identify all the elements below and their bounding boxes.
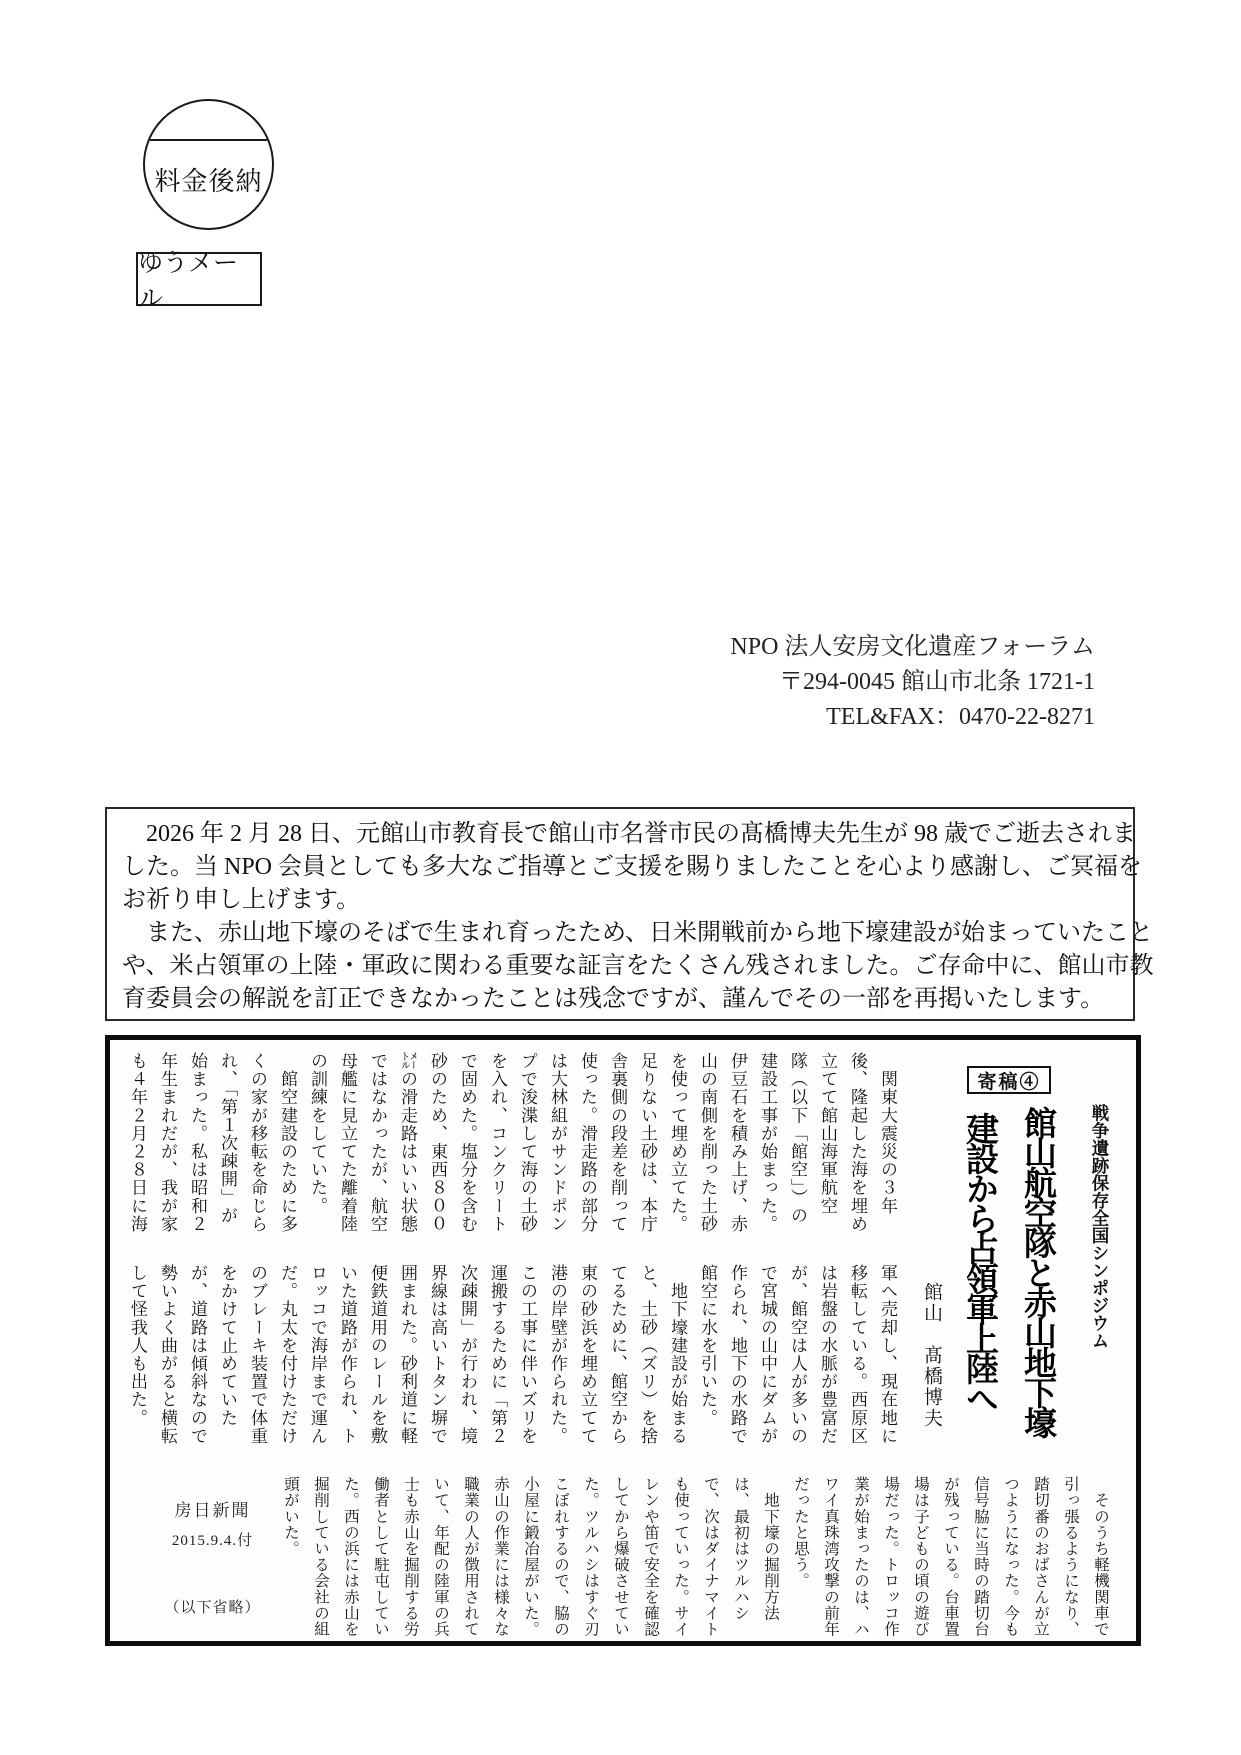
sender-block: NPO 法人安房文化遺産フォーラム 〒294-0045 館山市北条 1721-1… — [730, 630, 1095, 735]
article-column: 移転している。西原区 — [842, 1264, 872, 1464]
notice-line: や、米占領軍の上陸・軍政に関わる重要な証言をたくさん残されました。ご存命中に、館… — [122, 950, 1118, 983]
sender-org: NPO 法人安房文化遺産フォーラム — [730, 630, 1095, 665]
article-column: 足りない土砂は、本庁 — [632, 1052, 662, 1252]
article-column: だ。丸太を付けただけ — [272, 1264, 302, 1464]
article-column: して怪我人も出た。 — [122, 1264, 152, 1464]
article-column: だったと思う。 — [785, 1476, 815, 1642]
sender-tel: TEL&FAX：0470-22-8271 — [730, 700, 1095, 735]
symposium-title: 戦争遺跡保存全国シンポジウム — [1083, 1104, 1113, 1354]
notice-line: 2026 年 2 月 28 日、元館山市教育長で館山市名誉市民の髙橋博夫先生が … — [122, 818, 1118, 851]
article-column: の訓練をしていた。 — [302, 1052, 332, 1252]
postage-paid-stamp: 料金後納 — [143, 99, 274, 230]
article-column: が、館空は人が多いの — [782, 1264, 812, 1464]
notice-line: 育委員会の解説を訂正できなかったことは残念ですが、謹んでその一部を再掲いたします… — [122, 983, 1118, 1016]
article-column: 界線は高いトタン塀で — [422, 1264, 452, 1464]
article-column: してから爆破させてい — [605, 1476, 635, 1642]
article-column: この工事に伴いズリを — [512, 1264, 542, 1464]
article-column: 後、隆起した海を埋め — [842, 1052, 872, 1252]
headline-line-1: 館山航空隊と赤山地下壕 — [996, 1106, 1062, 1451]
article-column: プで浚渫して海の土砂 — [512, 1052, 542, 1252]
article-column: 年生まれだが、我が家 — [152, 1052, 182, 1252]
notice-line: した。当 NPO 会員としても多大なご指導とご支援を賜りましたことを心より感謝し… — [122, 851, 1118, 884]
article-column: 頭がいた。 — [275, 1476, 305, 1642]
article-column: 館空に水を引いた。 — [692, 1264, 722, 1464]
stamp-divider-line — [145, 139, 272, 141]
source-block: 房日新聞 2015.9.4.付 （以下省略） — [155, 1496, 270, 1617]
article-column: 隊（以下「館空」）の — [782, 1052, 812, 1252]
notice-line: お祈り申し上げます。 — [122, 884, 1118, 917]
article-column: 引っ張るようになり、 — [1055, 1476, 1085, 1642]
article-column: 便鉄道用のレールを敷 — [362, 1264, 392, 1464]
article-column: 場は子どもの頃の遊び — [905, 1476, 935, 1642]
source-date: 2015.9.4.付 — [155, 1529, 270, 1550]
article-column: た。ツルハシはすぐ刃 — [575, 1476, 605, 1642]
article-body-band-1: 関東大震災の３年後、隆起した海を埋め立てて館山海軍航空隊（以下「館空」）の建設工… — [120, 1052, 902, 1252]
article-column: 働者として駐屯してい — [365, 1476, 395, 1642]
article-column: 運搬するために「第２ — [482, 1264, 512, 1464]
article-column: 使った。滑走路の部分 — [572, 1052, 602, 1252]
article-column: てるために、館空から — [602, 1264, 632, 1464]
article-column: 士も赤山を掘削する労 — [395, 1476, 425, 1642]
article-column: 勢いよく曲がると横転 — [152, 1264, 182, 1464]
article-column: 建設工事が始まった。 — [752, 1052, 782, 1252]
article-column: いて、年配の陸軍の兵 — [425, 1476, 455, 1642]
notice-line: また、赤山地下壕のそばで生まれ育ったため、日米開戦前から地下壕建設が始まっていた… — [122, 917, 1118, 950]
article-column: を入れ、コンクリート — [482, 1052, 512, 1252]
article-column: のブレーキ装置で体重 — [242, 1264, 272, 1464]
article-column: が、道路は傾斜なので — [182, 1264, 212, 1464]
source-newspaper-name: 房日新聞 — [155, 1496, 270, 1521]
article-column: 砂のため、東西８００ — [422, 1052, 452, 1252]
article-column: れ、「第１次疎開」が — [212, 1052, 242, 1252]
article-column: 作られ、地下の水路で — [722, 1264, 752, 1464]
article-column: 館空建設のために多 — [272, 1052, 302, 1252]
article-column: ㍍の滑走路はいい状態 — [392, 1052, 422, 1252]
article-column: 場だった。トロッコ作 — [875, 1476, 905, 1642]
article-column: レンや笛で安全を確認 — [635, 1476, 665, 1642]
headline-line-2: 建設から占領軍上陸へ — [946, 1112, 1004, 1437]
article-column: 伊豆石を積み上げ、赤 — [722, 1052, 752, 1252]
postage-paid-label: 料金後納 — [145, 161, 272, 198]
article-column: 赤山の作業には様々な — [485, 1476, 515, 1642]
article-column: そのうち軽機関車で — [1085, 1476, 1115, 1642]
article-body-band-3: そのうち軽機関車で引っ張るようになり、踏切番のおばさんが立つようになった。今も信… — [273, 1476, 1115, 1642]
article-body-band-2: 軍へ売却し、現在地に移転している。西原区は岩盤の水脈が豊富だが、館空は人が多いの… — [120, 1264, 902, 1464]
article-column: 掘削している会社の組 — [305, 1476, 335, 1642]
article-column: 山の南側を削った土砂 — [692, 1052, 722, 1252]
article-column: いた道路が作られ、ト — [332, 1264, 362, 1464]
article-column: 信号脇に当時の踏切台 — [965, 1476, 995, 1642]
article-column: 関東大震災の３年 — [872, 1052, 902, 1252]
article-author: 館山 髙橋博夫 — [913, 1282, 945, 1447]
article-column: 港の岸壁が作られた。 — [542, 1264, 572, 1464]
sender-address: 〒294-0045 館山市北条 1721-1 — [730, 665, 1095, 700]
obituary-notice-box: 2026 年 2 月 28 日、元館山市教育長で館山市名誉市民の髙橋博夫先生が … — [105, 807, 1135, 1021]
article-column: くの家が移転を命じら — [242, 1052, 272, 1252]
article-column: 舎裏側の段差を削って — [602, 1052, 632, 1252]
article-column: 次疎開」が行われ、境 — [452, 1264, 482, 1464]
article-column: が残っている。台車置 — [935, 1476, 965, 1642]
article-column: 始まった。私は昭和２ — [182, 1052, 212, 1252]
article-column: 業が始まったのは、ハ — [845, 1476, 875, 1642]
article-column: ロッコで海岸まで運ん — [302, 1264, 332, 1464]
article-column: をかけて止めていた — [212, 1264, 242, 1464]
article-column: 囲まれた。砂利道に軽 — [392, 1264, 422, 1464]
article-column: で、次はダイナマイト — [695, 1476, 725, 1642]
article-column: も使っていった。サイ — [665, 1476, 695, 1642]
scanned-mail-page: 料金後納 ゆうメール NPO 法人安房文化遺産フォーラム 〒294-0045 館… — [0, 0, 1241, 1755]
newspaper-clipping: 寄稿④ 戦争遺跡保存全国シンポジウム 館山航空隊と赤山地下壕 建設から占領軍上陸… — [105, 1035, 1141, 1646]
article-column: も４年２月２８日に海 — [122, 1052, 152, 1252]
article-column: 地下壕建設が始まる — [662, 1264, 692, 1464]
article-column: ワイ真珠湾攻撃の前年 — [815, 1476, 845, 1642]
article-column: で固めた。塩分を含む — [452, 1052, 482, 1252]
article-column: 母艦に見立てた離着陸 — [332, 1052, 362, 1252]
article-column: た。西の浜には赤山を — [335, 1476, 365, 1642]
article-column: と、土砂（ズリ）を捨 — [632, 1264, 662, 1464]
series-badge: 寄稿④ — [967, 1066, 1051, 1094]
mail-type-badge: ゆうメール — [136, 252, 262, 306]
article-column: 軍へ売却し、現在地に — [872, 1264, 902, 1464]
article-column: 小屋に鍛冶屋がいた。 — [515, 1476, 545, 1642]
article-column: で宮城の山中にダムが — [752, 1264, 782, 1464]
article-column: は岩盤の水脈が豊富だ — [812, 1264, 842, 1464]
article-column: を使って埋め立てた。 — [662, 1052, 692, 1252]
article-column: 立てて館山海軍航空 — [812, 1052, 842, 1252]
article-column: ではなかったが、航空 — [362, 1052, 392, 1252]
article-column: つようになった。今も — [995, 1476, 1025, 1642]
article-column: 東の砂浜を埋め立てて — [572, 1264, 602, 1464]
article-column: 地下壕の掘削方法 — [755, 1476, 785, 1642]
article-column: は大林組がサンドポン — [542, 1052, 572, 1252]
article-column: 職業の人が徴用されて — [455, 1476, 485, 1642]
source-omission-note: （以下省略） — [155, 1596, 270, 1617]
article-column: は、最初はツルハシ — [725, 1476, 755, 1642]
article-column: こぼれするので、脇の — [545, 1476, 575, 1642]
article-column: 踏切番のおばさんが立 — [1025, 1476, 1055, 1642]
